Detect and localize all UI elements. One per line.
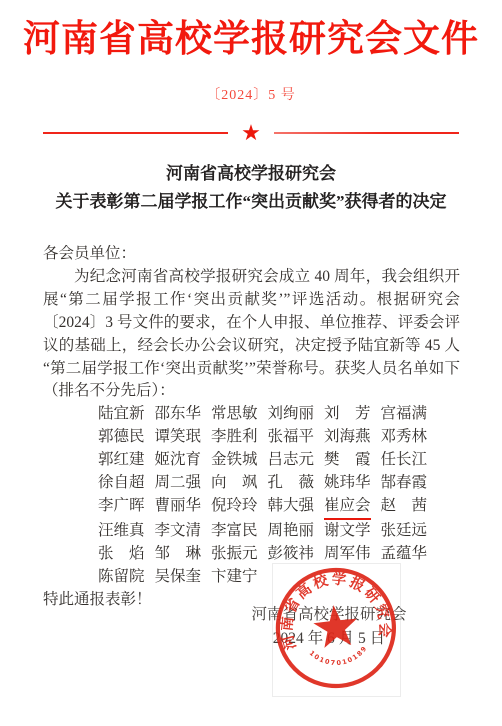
- awardee-name: 刘绚丽: [268, 403, 315, 426]
- awardee-name: 刘海燕: [324, 426, 371, 449]
- star-icon: ★: [241, 122, 261, 144]
- awardee-name: 张福平: [268, 426, 315, 449]
- awardee-list: 陆宜新邵东华常思敏刘绚丽刘 芳宫福满 郭德民谭笑珉李胜利张福平刘海燕邓秀林 郭红…: [98, 403, 460, 588]
- awardee-row: 汪维真李文清李富民周艳丽谢文学张廷远: [98, 520, 460, 543]
- awardee-name: 张 焰: [98, 543, 145, 566]
- awardee-name: 陆宜新: [98, 403, 145, 426]
- awardee-name: 孔 薇: [268, 472, 315, 495]
- divider-line-right: [274, 132, 459, 134]
- awardee-name: 韩大强: [268, 495, 315, 518]
- awardee-name: 徐自超: [98, 472, 145, 495]
- awardee-row: 郭红建姬沈育金铁城吕志元樊 霞任长江: [98, 449, 460, 472]
- awardee-row: 郭德民谭笑珉李胜利张福平刘海燕邓秀林: [98, 426, 460, 449]
- awardee-name: 汪维真: [98, 520, 145, 543]
- salutation: 各会员单位：: [43, 243, 460, 266]
- awardee-name: 李文清: [155, 520, 202, 543]
- awardee-name: 郭红建: [98, 449, 145, 472]
- awardee-name: 郜春霞: [381, 472, 428, 495]
- divider-line-left: [43, 132, 228, 134]
- awardee-name: 赵 茜: [381, 495, 428, 518]
- seal-star-icon: [312, 603, 360, 649]
- awardee-row: 陆宜新邵东华常思敏刘绚丽刘 芳宫福满: [98, 403, 460, 426]
- red-header-title: 河南省高校学报研究会文件: [0, 6, 502, 74]
- awardee-name: 曹丽华: [155, 495, 202, 518]
- awardee-name: 谢文学: [324, 520, 371, 543]
- awardee-name: 樊 霞: [324, 449, 371, 472]
- awardee-name: 任长江: [381, 449, 428, 472]
- awardee-name: 谭笑珉: [155, 426, 202, 449]
- awardee-name: 张廷远: [381, 520, 428, 543]
- document-title-line1: 河南省高校学报研究会: [10, 160, 492, 188]
- awardee-name: 周二强: [155, 472, 202, 495]
- awardee-name: 吴保奎: [155, 566, 202, 589]
- document-body: 各会员单位： 为纪念河南省高校学报研究会成立 40 周年，我会组织开展“第二届学…: [43, 243, 460, 612]
- awardee-name: 卞建宁: [211, 566, 258, 589]
- awardee-name: 姬沈育: [155, 449, 202, 472]
- awardee-name: 金铁城: [211, 449, 258, 472]
- awardee-name: 刘 芳: [324, 403, 371, 426]
- awardee-name: 周艳丽: [268, 520, 315, 543]
- awardee-name: 宫福满: [381, 403, 428, 426]
- awardee-name: 姚玮华: [324, 472, 371, 495]
- awardee-name: 邹 琳: [155, 543, 202, 566]
- awardee-name: 陈留院: [98, 566, 145, 589]
- awardee-name: 李胜利: [211, 426, 258, 449]
- awardee-name: 张振元: [211, 543, 258, 566]
- awardee-name-highlighted: 崔应会: [324, 495, 371, 520]
- red-divider: ★: [43, 122, 459, 144]
- awardee-name: 邓秀林: [381, 426, 428, 449]
- awardee-name: 李广晖: [98, 495, 145, 518]
- awardee-name: 向 飒: [211, 472, 258, 495]
- official-seal: 河南省高校学报研究会 4101070101898: [272, 563, 400, 696]
- awardee-row: 徐自超周二强向 飒孔 薇姚玮华郜春霞: [98, 472, 460, 495]
- document-number: 〔2024〕5 号: [0, 84, 502, 104]
- awardee-name: 倪玲玲: [211, 495, 258, 518]
- awardee-name: 李富民: [211, 520, 258, 543]
- awardee-name: 郭德民: [98, 426, 145, 449]
- body-paragraph: 为纪念河南省高校学报研究会成立 40 周年，我会组织开展“第二届学报工作‘突出贡…: [43, 266, 460, 403]
- awardee-name: 邵东华: [155, 403, 202, 426]
- awardee-row: 李广晖曹丽华倪玲玲韩大强崔应会赵 茜: [98, 495, 460, 520]
- document-page: 河南省高校学报研究会文件 〔2024〕5 号 ★ 河南省高校学报研究会 关于表彰…: [0, 0, 502, 726]
- document-title: 河南省高校学报研究会 关于表彰第二届学报工作“突出贡献奖”获得者的决定: [10, 160, 492, 216]
- awardee-name: 常思敏: [211, 403, 258, 426]
- awardee-name: 吕志元: [268, 449, 315, 472]
- document-title-line2: 关于表彰第二届学报工作“突出贡献奖”获得者的决定: [10, 188, 492, 216]
